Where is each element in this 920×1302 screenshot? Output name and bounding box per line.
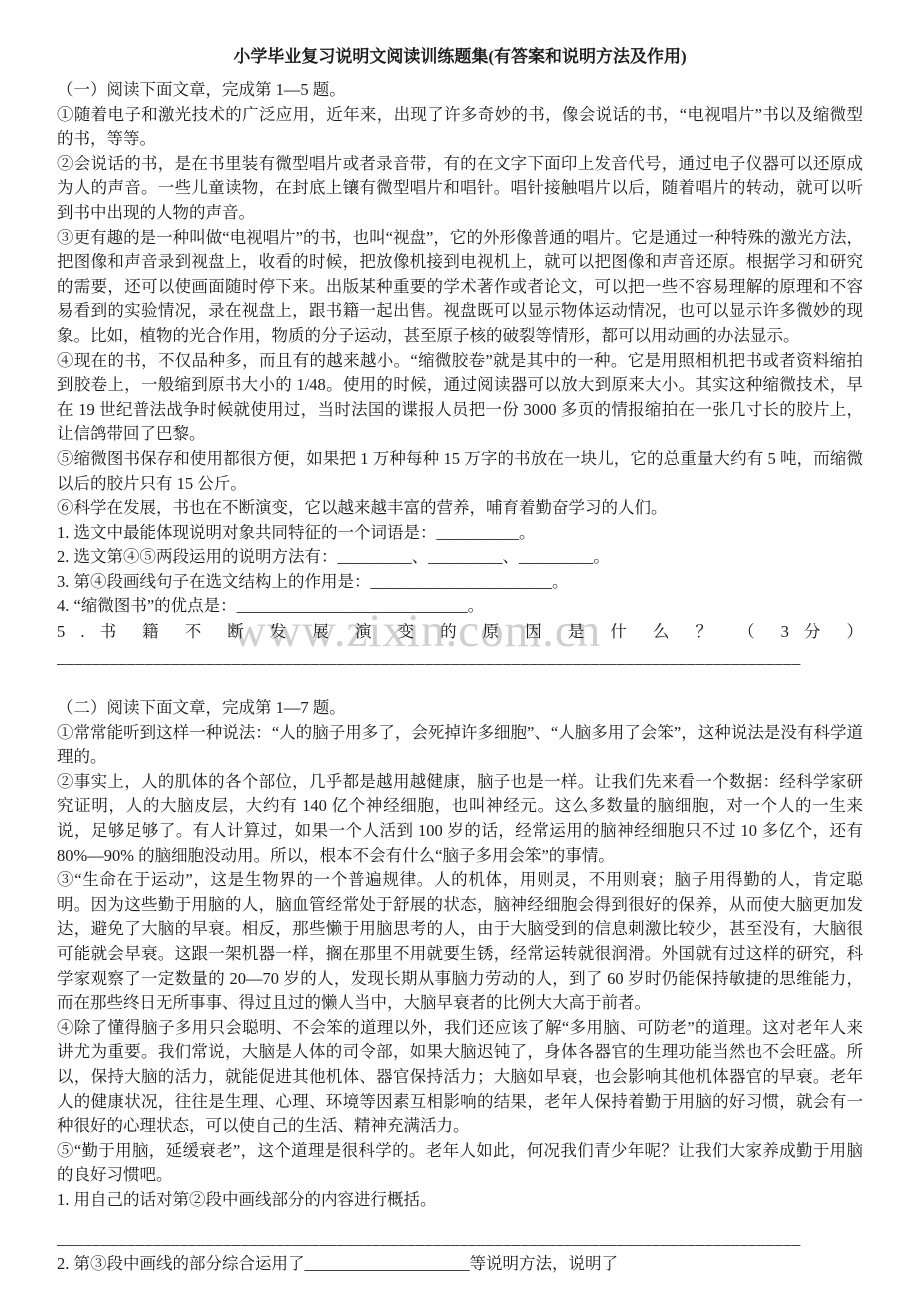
answer-blank-line: ________________________________________… <box>57 645 863 671</box>
question-4: 4. “缩微图书”的优点是：__________________________… <box>57 594 863 619</box>
passage-paragraph-1: ①常常能听到这样一种说法：“人的脑子用多了，会死掉许多细胞”、“人脑多用了会笨”… <box>57 721 863 770</box>
question-1: 1. 选文中最能体现说明对象共同特征的一个词语是：__________。 <box>57 521 863 546</box>
question-3: 3. 第④段画线句子在选文结构上的作用是：___________________… <box>57 570 863 595</box>
passage-paragraph-3: ③“生命在于运动”，这是生物界的一个普遍规律。人的机体，用则灵，不用则衰；脑子用… <box>57 868 863 1016</box>
page-title: 小学毕业复习说明文阅读训练题集(有答案和说明方法及作用) <box>57 44 863 70</box>
question-2: 2. 第③段中画线的部分综合运用了____________________等说明… <box>57 1252 863 1277</box>
document-page: 小学毕业复习说明文阅读训练题集(有答案和说明方法及作用) （一）阅读下面文章，完… <box>57 0 863 1276</box>
section-one-intro: （一）阅读下面文章，完成第 1—5 题。 <box>57 78 863 103</box>
passage-paragraph-5: ⑤“勤于用脑，延缓衰老”，这个道理是很科学的。老年人如此，何况我们青少年呢？让我… <box>57 1139 863 1188</box>
passage-paragraph-2: ②会说话的书，是在书里装有微型唱片或者录音带，有的在文字下面印上发音代号，通过电… <box>57 152 863 226</box>
passage-paragraph-4: ④除了懂得脑子多用只会聪明、不会笨的道理以外，我们还应该了解“多用脑、可防老”的… <box>57 1016 863 1139</box>
passage-paragraph-1: ①随着电子和激光技术的广泛应用，近年来，出现了许多奇妙的书，像会说话的书，“电视… <box>57 103 863 152</box>
question-1: 1. 用自己的话对第②段中画线部分的内容进行概括。 <box>57 1188 863 1213</box>
passage-paragraph-2: ②事实上，人的肌体的各个部位，几乎都是越用越健康，脑子也是一样。让我们先来看一个… <box>57 770 863 868</box>
question-2: 2. 选文第④⑤两段运用的说明方法有：_________、_________、_… <box>57 545 863 570</box>
passage-paragraph-6: ⑥科学在发展，书也在不断演变，它以越来越丰富的营养，哺育着勤奋学习的人们。 <box>57 496 863 521</box>
section-two-intro: （二）阅读下面文章，完成第 1—7 题。 <box>57 696 863 721</box>
passage-paragraph-4: ④现在的书，不仅品种多，而且有的越来越小。“缩微胶卷”就是其中的一种。它是用照相… <box>57 349 863 447</box>
question-5: 5 . 书 籍 不 断 发 展 演 变 的 原 因 是 什 么 ？ （ 3 分 … <box>57 619 863 645</box>
answer-blank-line: ________________________________________… <box>57 1226 863 1252</box>
section-two: （二）阅读下面文章，完成第 1—7 题。 ①常常能听到这样一种说法：“人的脑子用… <box>57 696 863 1276</box>
passage-paragraph-5: ⑤缩微图书保存和使用都很方便，如果把 1 万种每种 15 万字的书放在一块儿，它… <box>57 447 863 496</box>
section-one: （一）阅读下面文章，完成第 1—5 题。 ①随着电子和激光技术的广泛应用，近年来… <box>57 78 863 671</box>
passage-paragraph-3: ③更有趣的是一种叫做“电视唱片”的书，也叫“视盘”，它的外形像普通的唱片。它是通… <box>57 226 863 349</box>
